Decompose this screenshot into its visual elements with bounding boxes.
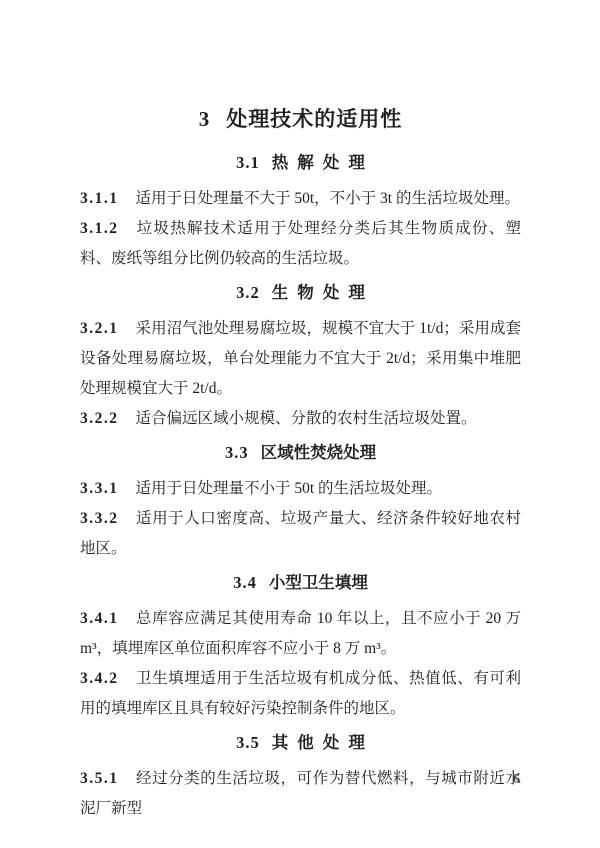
section-title-text: 生物处理 bbox=[272, 283, 374, 302]
clause-text: 采用沼气池处理易腐垃圾，规模不宜大于 1t/d；采用成套设备处理易腐垃圾，单台处… bbox=[80, 320, 521, 397]
clause-3-1-2: 3.1.2垃圾热解技术适用于处理经分类后其生物质成份、塑料、废纸等组分比例仍较高… bbox=[80, 214, 521, 274]
clause-text: 适用于人口密度高、垃圾产量大、经济条件较好地农村地区。 bbox=[80, 510, 521, 557]
document-page: 3处理技术的适用性 3.1热解处理 3.1.1适用于日处理量不大于 50t，不小… bbox=[0, 0, 600, 848]
chapter-title: 3处理技术的适用性 bbox=[80, 104, 521, 134]
clause-3-2-2: 3.2.2适合偏远区域小规模、分散的农村生活垃圾处置。 bbox=[80, 404, 521, 434]
section-number: 3.2 bbox=[236, 283, 260, 302]
clause-3-4-2: 3.4.2卫生填埋适用于生活垃圾有机成分低、热值低、有可利用的填埋库区且具有较好… bbox=[80, 664, 521, 724]
clause-number: 3.3.2 bbox=[80, 510, 119, 527]
section-title-text: 热解处理 bbox=[272, 153, 374, 172]
section-heading-3-3: 3.3区域性焚烧处理 bbox=[80, 438, 521, 468]
chapter-number: 3 bbox=[199, 107, 211, 131]
clause-3-4-1: 3.4.1总库容应满足其使用寿命 10 年以上，且不应小于 20 万 m³，填埋… bbox=[80, 604, 521, 664]
clause-number: 3.1.1 bbox=[80, 190, 119, 207]
section-heading-3-5: 3.5其他处理 bbox=[80, 728, 521, 758]
clause-3-2-1: 3.2.1采用沼气池处理易腐垃圾，规模不宜大于 1t/d；采用成套设备处理易腐垃… bbox=[80, 314, 521, 404]
clause-number: 3.4.2 bbox=[80, 670, 119, 687]
clause-text: 适用于日处理量不大于 50t，不小于 3t 的生活垃圾处理。 bbox=[136, 190, 521, 207]
section-heading-3-1: 3.1热解处理 bbox=[80, 148, 521, 178]
section-title-text: 区域性焚烧处理 bbox=[261, 443, 377, 462]
clause-number: 3.4.1 bbox=[80, 610, 119, 627]
section-number: 3.1 bbox=[236, 153, 260, 172]
clause-text: 总库容应满足其使用寿命 10 年以上，且不应小于 20 万 m³，填埋库区单位面… bbox=[80, 610, 521, 657]
clause-text: 适合偏远区域小规模、分散的农村生活垃圾处置。 bbox=[136, 410, 477, 427]
clause-number: 3.3.1 bbox=[80, 480, 119, 497]
section-title-text: 其他处理 bbox=[272, 733, 374, 752]
section-heading-3-4: 3.4小型卫生填埋 bbox=[80, 568, 521, 598]
section-heading-3-2: 3.2生物处理 bbox=[80, 278, 521, 308]
clause-number: 3.2.2 bbox=[80, 410, 119, 427]
clause-number: 3.1.2 bbox=[80, 220, 119, 237]
clause-3-3-1: 3.3.1适用于日处理量不小于 50t 的生活垃圾处理。 bbox=[80, 474, 521, 504]
clause-number: 3.5.1 bbox=[80, 770, 119, 787]
clause-3-5-1: 3.5.1经过分类的生活垃圾，可作为替代燃料，与城市附近水泥厂新型 bbox=[80, 764, 521, 824]
section-title-text: 小型卫生填埋 bbox=[269, 573, 368, 592]
clause-text: 经过分类的生活垃圾，可作为替代燃料，与城市附近水泥厂新型 bbox=[80, 770, 521, 817]
clause-3-3-2: 3.3.2适用于人口密度高、垃圾产量大、经济条件较好地农村地区。 bbox=[80, 504, 521, 564]
clause-number: 3.2.1 bbox=[80, 320, 119, 337]
clause-3-1-1: 3.1.1适用于日处理量不大于 50t，不小于 3t 的生活垃圾处理。 bbox=[80, 184, 521, 214]
clause-text: 卫生填埋适用于生活垃圾有机成分低、热值低、有可利用的填埋库区且具有较好污染控制条… bbox=[80, 670, 521, 717]
page-number: 6 bbox=[513, 770, 520, 790]
chapter-title-text: 处理技术的适用性 bbox=[226, 107, 402, 131]
clause-text: 垃圾热解技术适用于处理经分类后其生物质成份、塑料、废纸等组分比例仍较高的生活垃圾… bbox=[80, 220, 521, 267]
section-number: 3.3 bbox=[225, 443, 249, 462]
clause-text: 适用于日处理量不小于 50t 的生活垃圾处理。 bbox=[136, 480, 443, 497]
section-number: 3.4 bbox=[233, 573, 257, 592]
section-number: 3.5 bbox=[236, 733, 260, 752]
